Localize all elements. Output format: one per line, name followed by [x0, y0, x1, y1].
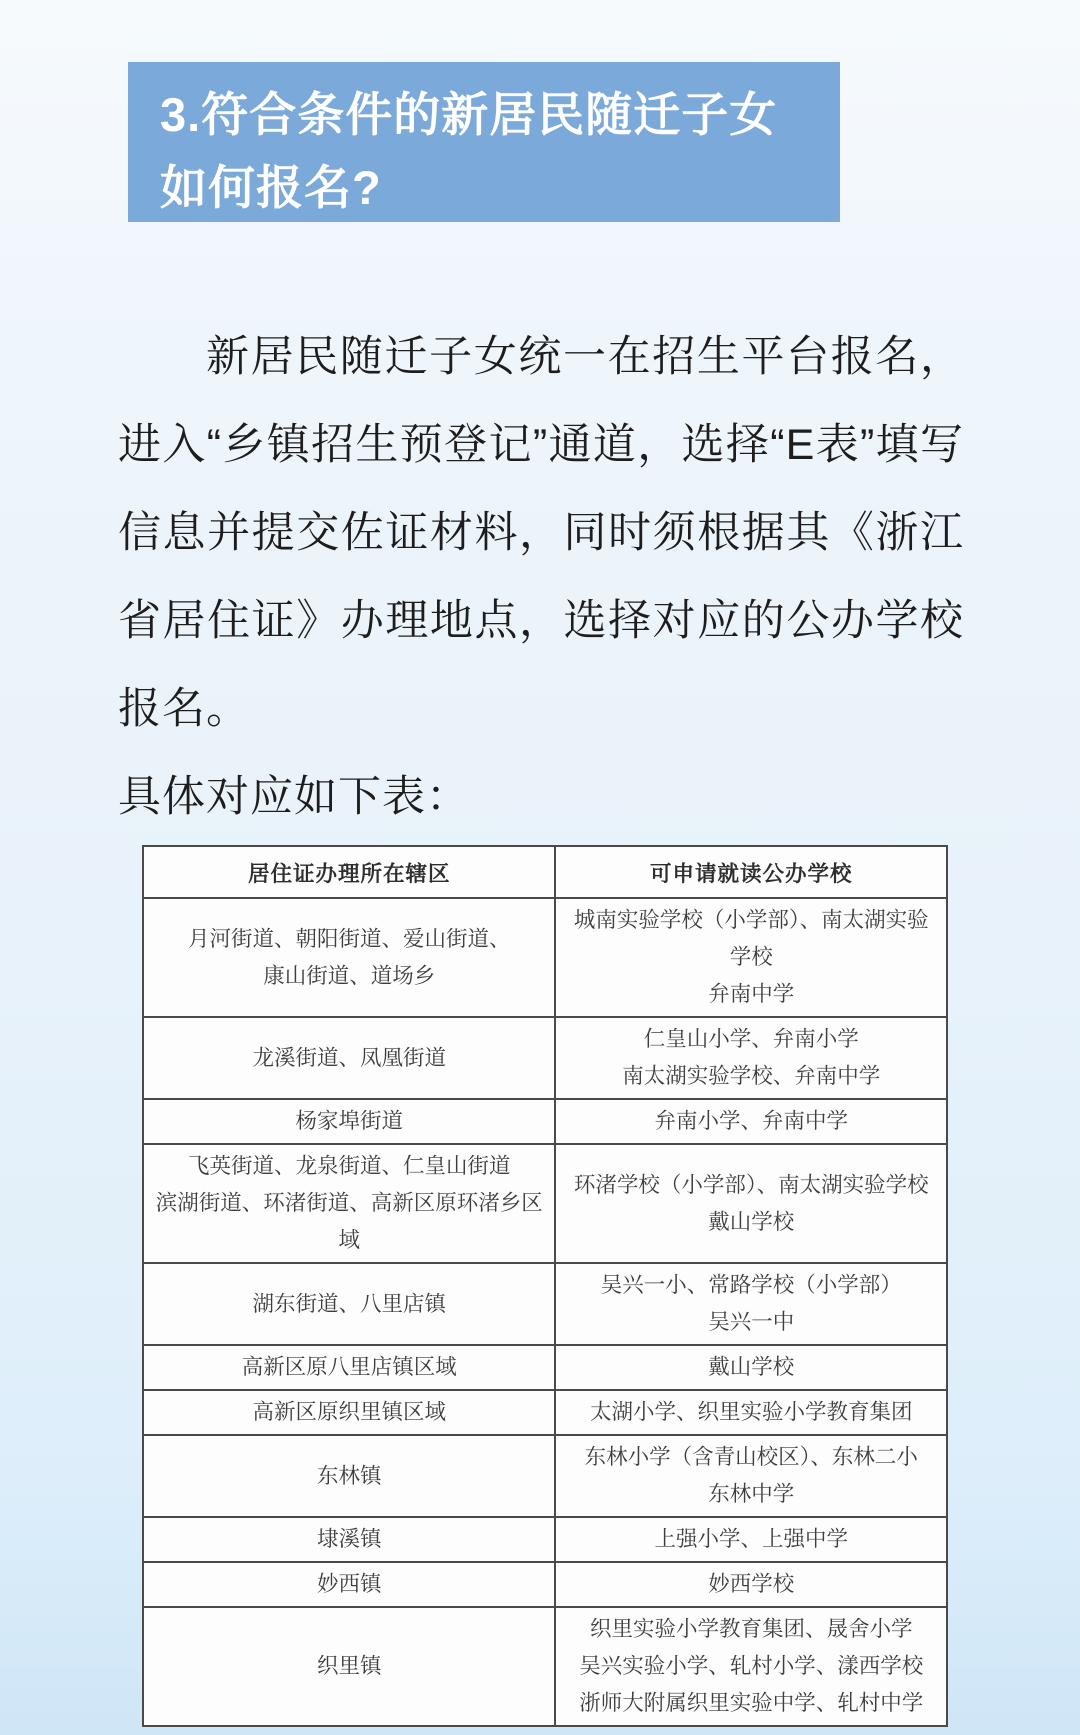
district-cell: 月河街道、朝阳街道、爱山街道、康山街道、道场乡	[143, 898, 555, 1017]
cell-line: 仁皇山小学、弁南小学	[564, 1021, 938, 1058]
school-mapping-table: 居住证办理所在辖区 可申请就读公办学校 月河街道、朝阳街道、爱山街道、康山街道、…	[142, 845, 948, 1727]
section-title-box: 3.符合条件的新居民随迁子女如何报名?	[128, 62, 840, 222]
cell-line: 月河街道、朝阳街道、爱山街道、	[152, 921, 546, 958]
table-row: 织里镇织里实验小学教育集团、晟舍小学吴兴实验小学、轧村小学、漾西学校浙师大附属织…	[143, 1607, 947, 1726]
intro-text-block: 新居民随迁子女统一在招生平台报名，进入“乡镇招生预登记”通道，选择“E表”填写信…	[118, 313, 964, 841]
table-row: 埭溪镇上强小学、上强中学	[143, 1517, 947, 1562]
cell-line: 南太湖实验学校、弁南中学	[564, 1058, 938, 1095]
table-caption: 具体对应如下表：	[118, 753, 964, 841]
section-title: 3.符合条件的新居民随迁子女如何报名?	[160, 88, 777, 214]
schools-cell: 弁南小学、弁南中学	[555, 1099, 947, 1144]
schools-cell: 织里实验小学教育集团、晟舍小学吴兴实验小学、轧村小学、漾西学校浙师大附属织里实验…	[555, 1607, 947, 1726]
schools-cell: 城南实验学校（小学部）、南太湖实验学校弁南中学	[555, 898, 947, 1017]
cell-line: 戴山学校	[564, 1349, 938, 1386]
cell-line: 环渚学校（小学部）、南太湖实验学校	[564, 1167, 938, 1204]
col-header-schools: 可申请就读公办学校	[555, 846, 947, 898]
district-cell: 杨家埠街道	[143, 1099, 555, 1144]
cell-line: 太湖小学、织里实验小学教育集团	[564, 1394, 938, 1431]
cell-line: 康山街道、道场乡	[152, 958, 546, 995]
cell-line: 织里镇	[152, 1648, 546, 1685]
table-row: 飞英街道、龙泉街道、仁皇山街道滨湖街道、环渚街道、高新区原环渚乡区域环渚学校（小…	[143, 1144, 947, 1263]
cell-line: 妙西镇	[152, 1566, 546, 1603]
cell-line: 上强小学、上强中学	[564, 1521, 938, 1558]
cell-line: 东林小学（含青山校区）、东林二小	[564, 1439, 938, 1476]
schools-cell: 环渚学校（小学部）、南太湖实验学校戴山学校	[555, 1144, 947, 1263]
district-cell: 东林镇	[143, 1435, 555, 1517]
cell-line: 高新区原八里店镇区域	[152, 1349, 546, 1386]
district-cell: 湖东街道、八里店镇	[143, 1263, 555, 1345]
cell-line: 滨湖街道、环渚街道、高新区原环渚乡区域	[152, 1185, 546, 1259]
schools-cell: 戴山学校	[555, 1345, 947, 1390]
district-cell: 高新区原织里镇区域	[143, 1390, 555, 1435]
district-cell: 高新区原八里店镇区域	[143, 1345, 555, 1390]
cell-line: 浙师大附属织里实验中学、轧村中学	[564, 1685, 938, 1722]
cell-line: 龙溪街道、凤凰街道	[152, 1040, 546, 1077]
district-cell: 龙溪街道、凤凰街道	[143, 1017, 555, 1099]
schools-cell: 东林小学（含青山校区）、东林二小东林中学	[555, 1435, 947, 1517]
district-cell: 飞英街道、龙泉街道、仁皇山街道滨湖街道、环渚街道、高新区原环渚乡区域	[143, 1144, 555, 1263]
cell-line: 埭溪镇	[152, 1521, 546, 1558]
table-row: 高新区原织里镇区域太湖小学、织里实验小学教育集团	[143, 1390, 947, 1435]
schools-cell: 仁皇山小学、弁南小学南太湖实验学校、弁南中学	[555, 1017, 947, 1099]
cell-line: 高新区原织里镇区域	[152, 1394, 546, 1431]
district-cell: 织里镇	[143, 1607, 555, 1726]
cell-line: 杨家埠街道	[152, 1103, 546, 1140]
schools-cell: 吴兴一小、常路学校（小学部）吴兴一中	[555, 1263, 947, 1345]
table-row: 高新区原八里店镇区域戴山学校	[143, 1345, 947, 1390]
cell-line: 东林中学	[564, 1476, 938, 1513]
cell-line: 妙西学校	[564, 1566, 938, 1603]
col-header-district: 居住证办理所在辖区	[143, 846, 555, 898]
cell-line: 湖东街道、八里店镇	[152, 1286, 546, 1323]
table-row: 龙溪街道、凤凰街道仁皇山小学、弁南小学南太湖实验学校、弁南中学	[143, 1017, 947, 1099]
table-row: 湖东街道、八里店镇吴兴一小、常路学校（小学部）吴兴一中	[143, 1263, 947, 1345]
cell-line: 吴兴一中	[564, 1304, 938, 1341]
cell-line: 织里实验小学教育集团、晟舍小学	[564, 1611, 938, 1648]
table-body: 月河街道、朝阳街道、爱山街道、康山街道、道场乡城南实验学校（小学部）、南太湖实验…	[143, 898, 947, 1726]
schools-cell: 太湖小学、织里实验小学教育集团	[555, 1390, 947, 1435]
table-row: 妙西镇妙西学校	[143, 1562, 947, 1607]
cell-line: 戴山学校	[564, 1204, 938, 1241]
cell-line: 飞英街道、龙泉街道、仁皇山街道	[152, 1148, 546, 1185]
schools-cell: 上强小学、上强中学	[555, 1517, 947, 1562]
cell-line: 东林镇	[152, 1458, 546, 1495]
table-row: 杨家埠街道弁南小学、弁南中学	[143, 1099, 947, 1144]
table-row: 东林镇东林小学（含青山校区）、东林二小东林中学	[143, 1435, 947, 1517]
intro-paragraph: 新居民随迁子女统一在招生平台报名，进入“乡镇招生预登记”通道，选择“E表”填写信…	[118, 313, 964, 753]
cell-line: 城南实验学校（小学部）、南太湖实验学校	[564, 902, 938, 976]
table-row: 月河街道、朝阳街道、爱山街道、康山街道、道场乡城南实验学校（小学部）、南太湖实验…	[143, 898, 947, 1017]
schools-cell: 妙西学校	[555, 1562, 947, 1607]
cell-line: 吴兴实验小学、轧村小学、漾西学校	[564, 1648, 938, 1685]
table-header-row: 居住证办理所在辖区 可申请就读公办学校	[143, 846, 947, 898]
cell-line: 弁南小学、弁南中学	[564, 1103, 938, 1140]
cell-line: 吴兴一小、常路学校（小学部）	[564, 1267, 938, 1304]
district-cell: 妙西镇	[143, 1562, 555, 1607]
district-cell: 埭溪镇	[143, 1517, 555, 1562]
cell-line: 弁南中学	[564, 976, 938, 1013]
